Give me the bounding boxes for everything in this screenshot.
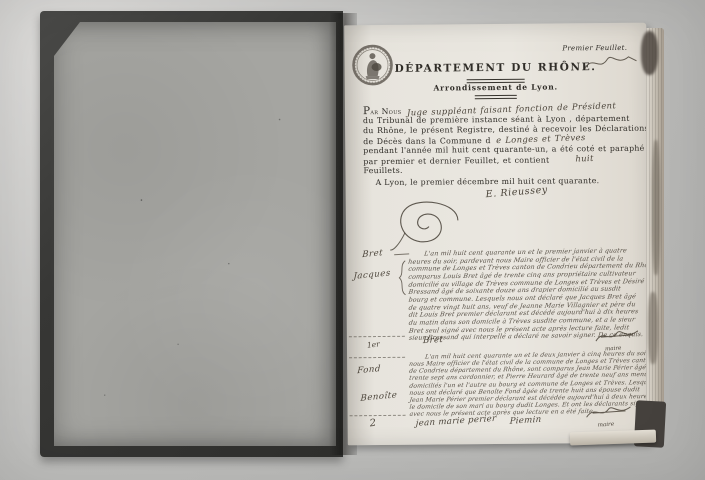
margin-divider [349, 336, 405, 337]
handwritten-sheet-count: huit [575, 152, 594, 163]
edge-stain [641, 31, 658, 75]
spiral-paraph-icon [390, 196, 471, 255]
record1-declarant-signature: Bret [423, 335, 444, 346]
edge-stain [648, 292, 658, 364]
margin-divider [349, 357, 405, 358]
record2-line: avec nous le présent acte après que lect… [409, 408, 595, 418]
scanned-register-photo: Premier Feuillet. DÉPARTEMENT DU RHÔNE. … [0, 0, 705, 480]
record2-witness-signature: Piemin [509, 415, 541, 427]
register-right-page: Premier Feuillet. DÉPARTEMENT DU RHÔNE. … [344, 23, 650, 446]
lead-dash [394, 253, 409, 255]
judge-signature: E. Rieussey [485, 184, 548, 200]
page-content: Premier Feuillet. DÉPARTEMENT DU RHÔNE. … [344, 23, 650, 446]
record2-entry-number: 2 [369, 418, 377, 430]
record2-signature-caption: maire [598, 422, 615, 429]
curly-brace-icon [397, 260, 406, 296]
margin-divider [350, 415, 406, 416]
arrondissement-subtitle: Arrondissement de Lyon. [345, 82, 647, 94]
subtitle-divider [475, 95, 517, 99]
blank-left-page [54, 22, 336, 446]
record1-margin-surname: Bret [362, 248, 383, 260]
record1-margin-firstname: Jacques [353, 268, 391, 282]
edge-stain [652, 140, 660, 275]
preamble-line: Feuillets. [363, 164, 629, 175]
record2-margin-surname: Fond [357, 364, 381, 376]
dateline: A Lyon, le premier décembre mil huit cen… [376, 176, 600, 187]
signature-paraph-icon [585, 403, 631, 421]
signature-paraph-icon [595, 328, 639, 345]
record1-entry-number: 1er [366, 339, 380, 349]
record2-margin-firstname: Benoîte [360, 390, 397, 404]
